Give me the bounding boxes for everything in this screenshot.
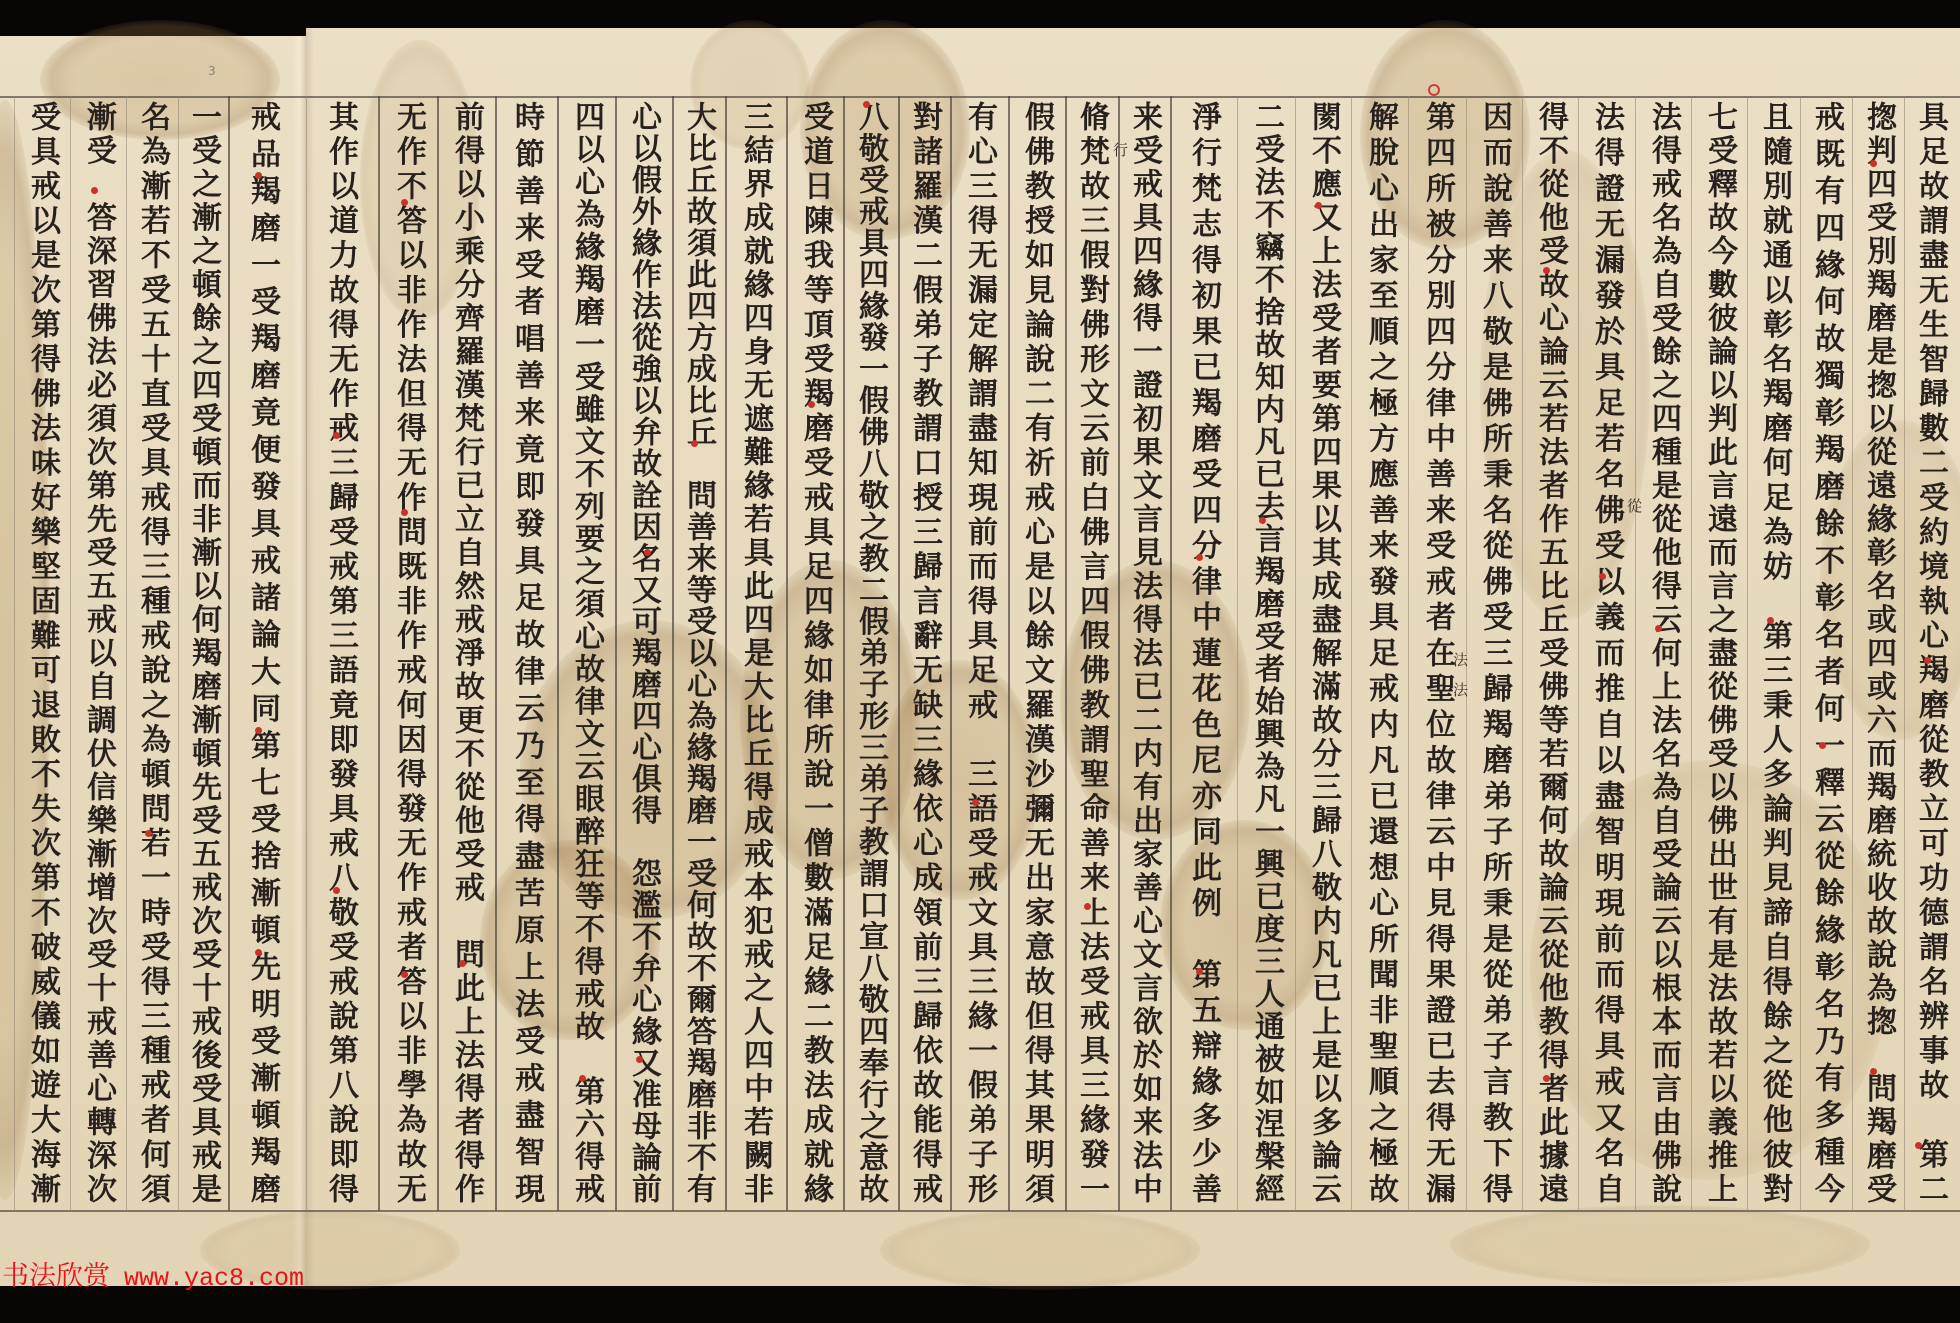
red-punctuation-dot <box>1915 1142 1922 1149</box>
text-column: 假佛教授如見論說二有祈戒心是以餘文羅漢沙彌无出家意故但得其果明須 <box>1012 101 1060 1203</box>
text-column: 心以假外緣作法從強以弁故詮因名又可羯磨四心俱得 怨濫不弁心緣又准母論前 <box>619 101 667 1203</box>
watermark-label: 书法欣赏 <box>2 1261 110 1291</box>
red-punctuation-dot <box>1655 625 1662 632</box>
red-punctuation-dot <box>1543 1075 1550 1082</box>
text-column: 受具戒以是次第得佛法味好樂堅固難可退敗不失次第不破威儀如遊大海漸 <box>18 101 66 1203</box>
text-column: 戒既有四緣何故獨彰羯磨餘不彰名者何一釋云從餘緣彰名乃有多種今 <box>1802 101 1850 1203</box>
red-punctuation-dot <box>1196 968 1203 975</box>
column-rule <box>843 96 845 1211</box>
red-punctuation-dot <box>333 432 340 439</box>
column-rule <box>495 96 497 1211</box>
red-punctuation-dot <box>579 1075 586 1082</box>
text-column: 對諸羅漢二假弟子教謂口授三歸言辭无缺三緣依心成領前三歸依故能得戒 <box>900 101 948 1203</box>
text-column: 受道日陳我等頂受羯磨受戒具足四緣如律所說一僧數滿足緣二教法成就緣 <box>791 101 839 1203</box>
text-column: 法得戒名為自受餘之四種是從他得云何上法名為自受論云以根本而言由佛說 <box>1639 101 1687 1203</box>
red-punctuation-dot <box>401 199 408 206</box>
red-punctuation-dot <box>808 401 815 408</box>
site-watermark: 书法欣赏www.yac8.com <box>2 1261 304 1294</box>
text-column: 三結界成就緣四身无遮難緣若具此四是大比丘得成戒本犯戒之人四中若闕非 <box>731 101 779 1203</box>
column-rule <box>615 96 617 1211</box>
red-punctuation-dot <box>255 727 262 734</box>
red-punctuation-dot <box>255 949 262 956</box>
text-column: 四以心為緣羯磨一受雖文不列要之須心故律文云眼醉狂等不得戒故 第六得戒 <box>562 101 610 1203</box>
text-column: 閡不應又上法受者要第四果以其成盡解滿故分三歸八敬内凡已上是以多論云 <box>1299 101 1347 1203</box>
text-column: 来受戒具四緣得一證初果文言見法得法已二内有出家善心文言欲於如来法中 <box>1120 101 1168 1203</box>
column-rule <box>14 96 15 1211</box>
interlinear-note: 法 <box>1452 652 1468 667</box>
red-punctuation-dot <box>145 830 152 837</box>
text-column: 法得證无漏發於具足若名佛受以義而推自以盡智明現前而得具戒又名自 <box>1582 101 1630 1203</box>
watermark-url: www.yac8.com <box>124 1264 304 1293</box>
red-punctuation-dot <box>1870 160 1877 167</box>
column-rule <box>1008 96 1010 1211</box>
column-rule <box>1351 96 1352 1211</box>
column-rule <box>950 96 952 1211</box>
text-column: 七受釋故今數彼論以判此言遠而言之盡從佛受以佛出世有是法故若以義推上 <box>1695 101 1743 1203</box>
text-column: 解脫心出家至順之極方應善来發具足戒内凡已還想心所聞非聖順之極故 <box>1356 101 1404 1203</box>
red-punctuation-dot <box>863 101 870 108</box>
text-column: 揔判四受別羯磨是揔以從遠緣彰名或四或六而羯磨統收故說為揔 問羯磨受 <box>1854 101 1902 1203</box>
column-rule <box>228 96 230 1211</box>
column-rule <box>437 96 439 1211</box>
bottom-border-rule <box>0 1210 1960 1212</box>
text-column: 淨行梵志得初果已羯磨受四分律中蓮花色尼亦同此例 第五辯緣多少善 <box>1179 101 1227 1203</box>
red-punctuation-dot <box>1259 517 1266 524</box>
red-punctuation-dot <box>255 172 262 179</box>
red-punctuation-dot <box>1543 267 1550 274</box>
column-rule <box>1170 96 1172 1211</box>
red-punctuation-dot <box>1599 573 1606 580</box>
red-punctuation-dot <box>91 187 98 194</box>
column-rule <box>1747 96 1748 1211</box>
text-column: 八敬受戒具四緣發一假佛八敬之教二假弟子形三弟子教謂口宣八敬四奉行之意故 <box>846 101 894 1203</box>
red-punctuation-dot <box>401 509 408 516</box>
red-punctuation-dot <box>1084 903 1091 910</box>
interlinear-note: 法 <box>1452 682 1468 697</box>
text-column: 漸受 答深習佛法必須次第先受五戒以自調伏信樂漸增次受十戒善心轉深次 <box>74 101 122 1203</box>
red-section-ring <box>1428 84 1440 96</box>
text-column: 且隨別就通以彰名羯磨何足為妨 第三秉人多論判見諦自得餘之從他彼對 <box>1750 101 1798 1203</box>
column-rule <box>1237 96 1238 1211</box>
red-punctuation-dot <box>1819 742 1826 749</box>
column-rule <box>1408 96 1409 1211</box>
text-column: 具足故謂盡无生智歸數二受約境執心羯磨從教立可功德謂名辨事故 第二 <box>1906 101 1954 1203</box>
red-punctuation-dot <box>1196 554 1203 561</box>
column-rule <box>1522 96 1523 1211</box>
sheet-number-mark: 3 <box>208 64 216 78</box>
red-punctuation-dot <box>691 440 698 447</box>
column-rule <box>1691 96 1692 1211</box>
red-punctuation-dot <box>459 960 466 967</box>
red-punctuation-dot <box>636 1056 643 1063</box>
text-column: 時節善来受者唱善来竟即發具足故律云乃至得盡苦原上法受戒盡智現 <box>502 101 550 1203</box>
column-rule <box>378 96 380 1211</box>
top-border-rule <box>0 96 1960 98</box>
red-punctuation-dot <box>333 887 340 894</box>
text-column: 名為漸若不受五十直受具戒得三種戒說之為頓問若一時受得三種戒者何須 <box>128 101 176 1203</box>
text-column: 得不從他受故心論云若法者作五比丘受佛等若爾何故論云從他教得者此據遠 <box>1526 101 1574 1203</box>
text-column: 其作以道力故得无作戒三歸受戒第三語竟即發具戒八敬受戒說第八說即得 <box>316 101 364 1203</box>
text-column: 有心三得无漏定解謂盡知現前而得具足戒 三語受戒文具三緣一假弟子形 <box>955 101 1003 1203</box>
column-rule <box>70 96 71 1211</box>
text-column: 脩梵故三假對佛形文云前白佛言四假佛教謂聖命善来上法受戒具三緣發一 <box>1067 101 1115 1203</box>
text-column: 因而說善来八敬是佛所秉名從佛受三歸羯磨弟子所秉是從弟子言教下得 <box>1470 101 1518 1203</box>
red-punctuation-dot <box>644 549 651 556</box>
column-rule <box>1578 96 1579 1211</box>
red-punctuation-dot <box>1924 657 1931 664</box>
text-column: 大比丘故須此四方成比丘 問善来等受以心為緣羯磨一受何故不爾答羯磨非不有 <box>674 101 722 1203</box>
red-punctuation-dot <box>401 971 408 978</box>
column-rule <box>725 96 727 1211</box>
water-stain <box>1450 1205 1870 1285</box>
interlinear-note: 從 <box>1626 498 1642 513</box>
column-rule <box>1904 96 1905 1211</box>
column-rule <box>1295 96 1296 1211</box>
column-rule <box>1635 96 1636 1211</box>
column-rule <box>1852 96 1853 1211</box>
text-column: 一受之漸之頓餘之四受頓而非漸以何羯磨漸頓先受五戒次受十戒後受具戒是 <box>179 101 227 1203</box>
column-rule <box>126 96 127 1211</box>
red-punctuation-dot <box>1315 202 1322 209</box>
sheet-seam <box>306 96 307 1211</box>
column-rule <box>557 96 559 1211</box>
text-column: 戒品羯磨一受羯磨竟便發具戒諸論大同第七受捨漸頓先明受漸頓羯磨 <box>238 101 286 1203</box>
red-punctuation-dot <box>972 799 979 806</box>
water-stain <box>880 1210 1200 1290</box>
column-rule <box>786 96 788 1211</box>
column-rule <box>1800 96 1801 1211</box>
red-punctuation-dot <box>1767 617 1774 624</box>
text-column: 二受法不竊不捨故知内凡已去言羯磨受者始興為凡一興已度三人通被如涅槃經 <box>1242 101 1290 1203</box>
text-column: 前得以小乘分齊羅漢梵行已立自然戒淨故更不從他受戒 問此上法得者得作 <box>442 101 490 1203</box>
interlinear-note: 行 <box>1112 142 1128 157</box>
text-column: 无作不答以非作法但得无作問既非作戒何因得發无作戒者答以非學為故无 <box>384 101 432 1203</box>
red-punctuation-dot <box>1870 1068 1877 1075</box>
